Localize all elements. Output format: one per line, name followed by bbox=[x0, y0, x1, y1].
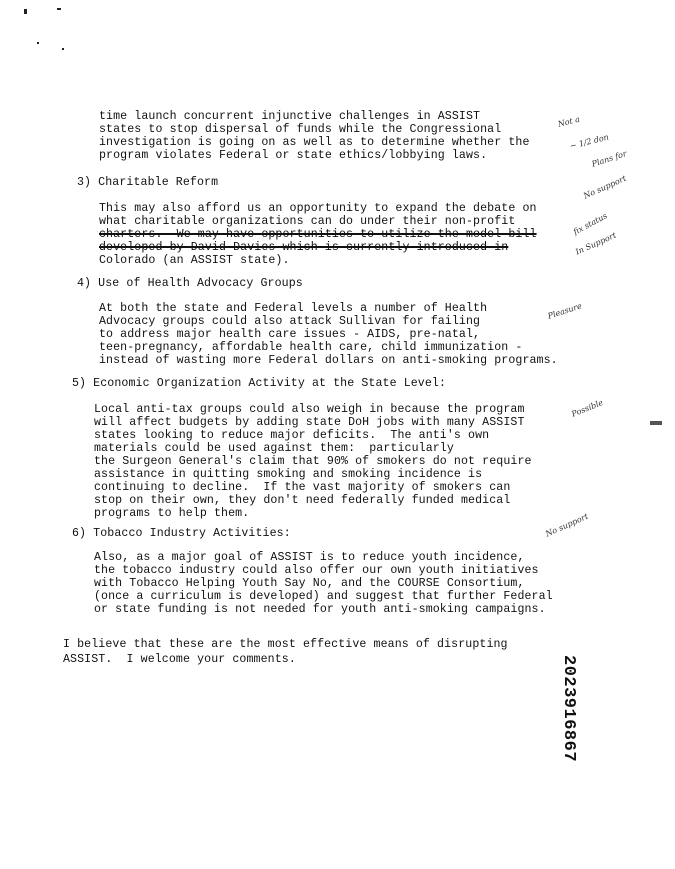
handwritten-note: In Support bbox=[574, 231, 617, 257]
body-line: with Tobacco Helping Youth Say No, and t… bbox=[94, 577, 525, 590]
body-line: materials could be used against them: pa… bbox=[94, 442, 454, 455]
section-heading: 6) Tobacco Industry Activities: bbox=[72, 527, 291, 540]
body-line: assistance in quitting smoking and smoki… bbox=[94, 468, 482, 481]
body-line: program violates Federal or state ethics… bbox=[99, 149, 487, 162]
body-line: continuing to decline. If the vast major… bbox=[94, 481, 510, 494]
body-line: will affect budgets by adding state DoH … bbox=[94, 416, 525, 429]
body-line: At both the state and Federal levels a n… bbox=[99, 302, 487, 315]
closing-line: I believe that these are the most effect… bbox=[63, 638, 508, 651]
handwritten-note: Possible bbox=[570, 398, 604, 419]
section-heading: 5) Economic Organization Activity at the… bbox=[72, 377, 446, 390]
body-line: states to stop dispersal of funds while … bbox=[99, 123, 501, 136]
handwritten-note: No support bbox=[544, 512, 589, 539]
body-line: the tobacco industry could also offer ou… bbox=[94, 564, 539, 577]
section-heading: 3) Charitable Reform bbox=[77, 176, 218, 189]
body-line-struck: developed by David Davies which is curre… bbox=[99, 241, 508, 254]
scan-speck bbox=[650, 421, 662, 425]
scan-speck bbox=[62, 48, 64, 50]
handwritten-note: Plans for bbox=[591, 149, 628, 169]
body-line: instead of wasting more Federal dollars … bbox=[99, 354, 558, 367]
handwritten-note: ~ 1/2 don bbox=[569, 133, 610, 151]
body-line: Colorado (an ASSIST state). bbox=[99, 254, 290, 267]
body-line: stop on their own, they don't need feder… bbox=[94, 494, 510, 507]
body-line: investigation is going on as well as to … bbox=[99, 136, 530, 149]
body-line: to address major health care issues - AI… bbox=[99, 328, 480, 341]
handwritten-note: Pleasure bbox=[547, 301, 583, 320]
scan-speck bbox=[37, 42, 39, 44]
scan-speck bbox=[57, 8, 61, 10]
body-line-struck: charters. We may have opportunities to u… bbox=[99, 228, 537, 241]
body-line: time launch concurrent injunctive challe… bbox=[99, 110, 480, 123]
body-line: programs to help them. bbox=[94, 507, 249, 520]
body-line: the Surgeon General's claim that 90% of … bbox=[94, 455, 532, 468]
body-line: Also, as a major goal of ASSIST is to re… bbox=[94, 551, 525, 564]
body-line: Advocacy groups could also attack Sulliv… bbox=[99, 315, 480, 328]
body-line: This may also afford us an opportunity t… bbox=[99, 202, 537, 215]
scan-speck bbox=[24, 9, 27, 14]
bates-number: 2023916867 bbox=[556, 655, 578, 773]
section-heading: 4) Use of Health Advocacy Groups bbox=[77, 277, 303, 290]
body-line: (once a curriculum is developed) and sug… bbox=[94, 590, 553, 603]
handwritten-note: Not a bbox=[557, 115, 581, 129]
body-line: what charitable organizations can do und… bbox=[99, 215, 515, 228]
body-line: states looking to reduce major deficits.… bbox=[94, 429, 489, 442]
handwritten-note: fix status bbox=[572, 211, 609, 236]
body-line: or state funding is not needed for youth… bbox=[94, 603, 546, 616]
body-line: Local anti-tax groups could also weigh i… bbox=[94, 403, 525, 416]
closing-line: ASSIST. I welcome your comments. bbox=[63, 653, 296, 666]
body-line: teen-pregnancy, affordable health care, … bbox=[99, 341, 522, 354]
handwritten-note: No support bbox=[582, 174, 627, 201]
